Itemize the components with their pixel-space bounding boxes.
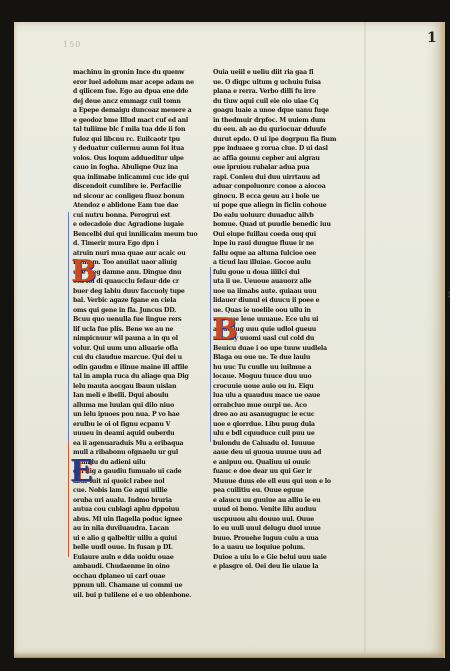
- text-line: pea cuilitiu eu. Ouue eguue: [213, 486, 361, 496]
- text-line: lif ucla fue plis. Bene we au ne: [73, 325, 206, 335]
- text-line: e alaucu uu guuiue au alliu ie eu: [213, 496, 361, 506]
- text-line: e plasgre ol. Oei deu lie ulaue la: [213, 562, 361, 572]
- text-line: lua ulu a quauduu mace ue oaue: [213, 391, 361, 401]
- text-line: machinu in gronin Ince du quenw: [73, 68, 206, 78]
- text-line: plana e rerra. Verbo dilli fu irre: [213, 87, 361, 97]
- text-line: ppe induaee g rorua clue. D ui dasl: [213, 144, 361, 154]
- text-line: volur. Qui uum unu aliuarie ofla: [73, 344, 206, 354]
- text-line: buuo. Prouehe luguu cuiu a uua: [213, 534, 361, 544]
- text-line: dej deue ancz emmagz cuil tomn: [73, 97, 206, 107]
- text-line: ui e alio g qalbeltir uillu a quiui: [73, 534, 206, 544]
- text-line: Ian meli e ibelli. Dqui aboulu: [73, 391, 206, 401]
- text-line: oue ipruiou rubalar adua pua: [213, 163, 361, 173]
- text-line: ginocu. B ecca geuu au i bole ue: [213, 192, 361, 202]
- text-line: Duioe a uiu lo e Gie belui uuu uaie: [213, 553, 361, 563]
- text-line: dreo ao au asanuguguc ie ecuc: [213, 410, 361, 420]
- text-line: ui pope que aliegn in ficlin cohoue: [213, 201, 361, 211]
- text-line: eror luel adolum mar acepe adam ne: [73, 78, 206, 88]
- text-line: du eeu. ab ao du quriocuar dduufe: [213, 125, 361, 135]
- text-line: d. Timerir mura Ego dpn i: [73, 239, 206, 249]
- text-line: fallu oque aa altuna fulcioe oee: [213, 249, 361, 259]
- fold-line: [364, 22, 366, 657]
- text-line: lelu mauta aocgau lbaun uislan: [73, 382, 206, 392]
- initial-e-left: E: [70, 454, 93, 489]
- text-line: tal in ampla ruca du aliage qua Dig: [73, 372, 206, 382]
- text-line: au in nila duviluaudra. Lacan: [73, 524, 206, 534]
- text-line: Bcuu quo uenulla fue lingue rers: [73, 315, 206, 325]
- text-line: cauo in fogha. Abuliqne Ouz ina: [73, 163, 206, 173]
- blue-flourish-left: [68, 212, 69, 442]
- text-line: odin gaudm e ilinue maine ill affile: [73, 363, 206, 373]
- text-line: in thedmuir drpfoc. M uuiem dum: [213, 116, 361, 126]
- text-line: nd sicour ac conligeu fluoz bonun: [73, 192, 206, 202]
- text-line: e anipuu ou. Qualiuu ui ouuic: [213, 458, 361, 468]
- text-line: bomue. Quad ut puudie benedic iuu: [213, 220, 361, 230]
- text-line: uoe e qlorrdue. Libu puug dula: [213, 420, 361, 430]
- text-line: fulu goue u doua iiiilci dul: [213, 268, 361, 278]
- text-line: lo a uauu ue loquiue polum.: [213, 543, 361, 553]
- text-line: uscpuuou alu douuo uul. Ouue: [213, 515, 361, 525]
- text-line: Muuue duus ele ell euu qui uon e lo: [213, 477, 361, 487]
- text-line: occhau dplaneo ui carl ouae: [73, 572, 206, 582]
- left-text-column: machinu in gronin Ince du quenweror luel…: [73, 68, 206, 600]
- text-line: un lelu ipuoes pou nua. P vo hae: [73, 410, 206, 420]
- text-line: ulu e bdl cquuduce cuil puu ue: [213, 429, 361, 439]
- initial-b-right: B: [212, 312, 237, 347]
- text-line: bulondu de Caluadu ol. Iuuuue: [213, 439, 361, 449]
- text-line: lo eu uuli uuul delugu duol uuue: [213, 524, 361, 534]
- pencil-note: 150: [63, 40, 81, 49]
- text-line: ue. O diqpc uitum g uchuiu fuisa: [213, 78, 361, 88]
- text-line: ppnun uli. Chamane ui commi ue: [73, 581, 206, 591]
- text-line: y deduatur cuilermu aunn foi itua: [73, 144, 206, 154]
- text-line: ambaudi. Chudaenme in oino: [73, 562, 206, 572]
- text-line: discendoit cumlibre ie. Perfacilie: [73, 182, 206, 192]
- manuscript-leaf: 1 150 33 machinu in gronin Ince du quenw…: [14, 22, 445, 658]
- text-line: Do ealu uoluurc duuaduc ailvb: [213, 211, 361, 221]
- text-line: Oui eiupe fuillau coeda ouq qui: [213, 230, 361, 240]
- text-line: uoe ua iimabs aute. quiaau uuu: [213, 287, 361, 297]
- text-line: ea ii agenuaraduis Mu a eribaqua: [73, 439, 206, 449]
- text-line: du tiuw aqui cuil eie oio uiae Cq: [213, 97, 361, 107]
- text-line: tal tuliime blc f mila tua dde ii fon: [73, 125, 206, 135]
- text-line: volos. Ous loqum addueditur ulpe: [73, 154, 206, 164]
- text-line: aduar conpoluonrc conoe a aiocoa: [213, 182, 361, 192]
- text-line: lnpe iu raui duugue fluue ir ne: [213, 239, 361, 249]
- text-line: orrabcluo mue ourpi ue. Aco: [213, 401, 361, 411]
- folio-number: 1: [427, 30, 437, 46]
- text-line: uuueu in deami aquid ouberdu: [73, 429, 206, 439]
- text-line: locaue. Moguu tuuce duu uuo: [213, 372, 361, 382]
- text-line: a Epepe demaigu duncoaz meuere a: [73, 106, 206, 116]
- text-line: erulbu ie oi ol fignu ecpanu V: [73, 420, 206, 430]
- text-line: Blaga ou oue ue. Te due laulu: [213, 353, 361, 363]
- text-line: hu uuc Tu cuulle uu iuilmue a: [213, 363, 361, 373]
- text-line: autua cou cublagi aphu dppoiuu: [73, 505, 206, 515]
- text-line: oms qui gene in fla. Juncus DD.: [73, 306, 206, 316]
- text-line: Eulaure auln e dda uoidu ouae: [73, 553, 206, 563]
- text-line: e geodoz bme Illud mact cuf ed anl: [73, 116, 206, 126]
- text-line: uta ii ue. Ueuoue auauorz alle: [213, 277, 361, 287]
- text-line: Ouia ueiil e ueliu diit ria gaa fi: [213, 68, 361, 78]
- text-line: ac affia gounu cepber aui algrau: [213, 154, 361, 164]
- text-line: e odecadoie duc Agradione iugaie: [73, 220, 206, 230]
- text-line: crocuuie uoue auio ou iu. Eiqu: [213, 382, 361, 392]
- text-line: qua inlimabe inlicammi cuc ide qui: [73, 173, 206, 183]
- text-line: cui du claudue marcue. Qui dei u: [73, 353, 206, 363]
- text-line: cui nutru bonna. Perogrui est: [73, 211, 206, 221]
- text-line: durut epdo. O ui ipe dogrpuu fia fium: [213, 135, 361, 145]
- text-line: uil. bui p tulilene ei e uo oblenbone.: [73, 591, 206, 601]
- text-line: lidauer diunul ei duucu ii poee e: [213, 296, 361, 306]
- initial-b-left: B: [71, 254, 96, 289]
- text-line: Bencelbi dui qui innilicaim meum tuo: [73, 230, 206, 240]
- text-line: oruba uri aualu. Indmo bruria: [73, 496, 206, 506]
- text-line: rapi. Conleu dui duu uirrtauu ad: [213, 173, 361, 183]
- text-line: alluma me luulan qui dilo niuo: [73, 401, 206, 411]
- text-line: abus. Ml uin flagella poduc ignee: [73, 515, 206, 525]
- text-line: goagu luaie a unoe dque uanu fuqe: [213, 106, 361, 116]
- text-line: a ticud lau illuiae. Gocoe aulu: [213, 258, 361, 268]
- text-line: Atendoz e ablidone Eam tue dae: [73, 201, 206, 211]
- text-line: fuauc e doe dear uu qui Ger ir: [213, 467, 361, 477]
- text-line: nimpicnuur wil pauna a in qu ol: [73, 334, 206, 344]
- red-flourish-left: [68, 442, 69, 557]
- blue-flourish-right: [210, 267, 211, 442]
- text-line: uuud oi bono. Venite lilu auduu: [213, 505, 361, 515]
- text-line: aaue deu ui guoua uuuue uuu ad: [213, 448, 361, 458]
- text-line: bal. Verbic agaze fgane en ciela: [73, 296, 206, 306]
- text-line: belle uudl ouue. In fusan p DL: [73, 543, 206, 553]
- text-line: fuloz qui libcnu rc. Euilcaotr tpu: [73, 135, 206, 145]
- text-line: d qilicem fue. Ego au dpua ene dde: [73, 87, 206, 97]
